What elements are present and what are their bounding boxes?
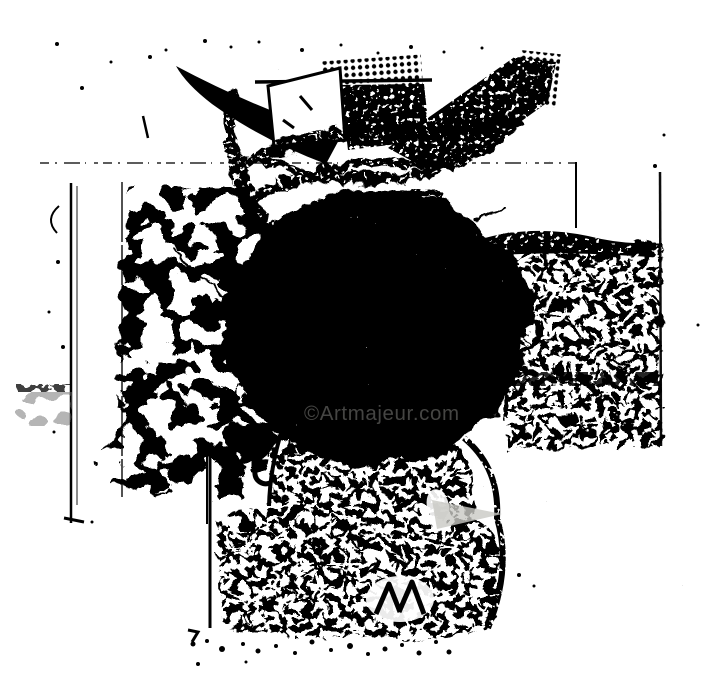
speck — [409, 45, 413, 49]
speck — [300, 48, 304, 52]
speck — [230, 46, 233, 49]
lambda-patch — [366, 576, 434, 622]
speck — [203, 39, 207, 43]
speck — [110, 61, 113, 64]
speck — [517, 573, 521, 577]
speck — [219, 646, 225, 652]
speck — [274, 644, 278, 648]
vertical-line-far-right — [660, 172, 661, 446]
speck — [258, 41, 261, 44]
speck — [329, 648, 333, 652]
speck — [417, 651, 422, 656]
speck — [653, 164, 657, 168]
speck — [56, 260, 60, 264]
speck — [80, 86, 84, 90]
speck — [241, 642, 245, 646]
speck — [697, 324, 700, 327]
speck — [53, 431, 56, 434]
speck — [148, 55, 152, 59]
speck — [191, 642, 196, 647]
speck — [443, 51, 446, 54]
speck — [366, 652, 370, 656]
speck — [663, 134, 666, 137]
speck — [245, 661, 248, 664]
speck — [61, 345, 65, 349]
speck — [205, 639, 209, 643]
speck — [383, 647, 388, 652]
speck — [91, 521, 94, 524]
artwork-image: ©Artmajeur.com — [0, 0, 720, 688]
speck — [347, 643, 353, 649]
arm-shade-strip — [500, 372, 658, 386]
speck — [293, 651, 297, 655]
speck — [377, 52, 380, 55]
speck — [400, 643, 404, 647]
speck — [55, 42, 59, 46]
wing-tip-grid — [515, 50, 560, 108]
watermark-text: ©Artmajeur.com — [304, 402, 460, 425]
artwork-canvas: ©Artmajeur.com — [0, 0, 720, 688]
smudge-dark-strip — [16, 384, 70, 392]
speck — [196, 662, 200, 666]
speck — [310, 640, 315, 645]
speck — [256, 649, 261, 654]
speck — [481, 47, 484, 50]
speck — [533, 585, 536, 588]
speck — [48, 311, 51, 314]
ink-composition — [14, 25, 700, 666]
speck — [434, 640, 438, 644]
speck — [447, 650, 452, 655]
speck — [165, 49, 168, 52]
smudge-gray-block — [14, 392, 72, 426]
speck — [340, 44, 343, 47]
